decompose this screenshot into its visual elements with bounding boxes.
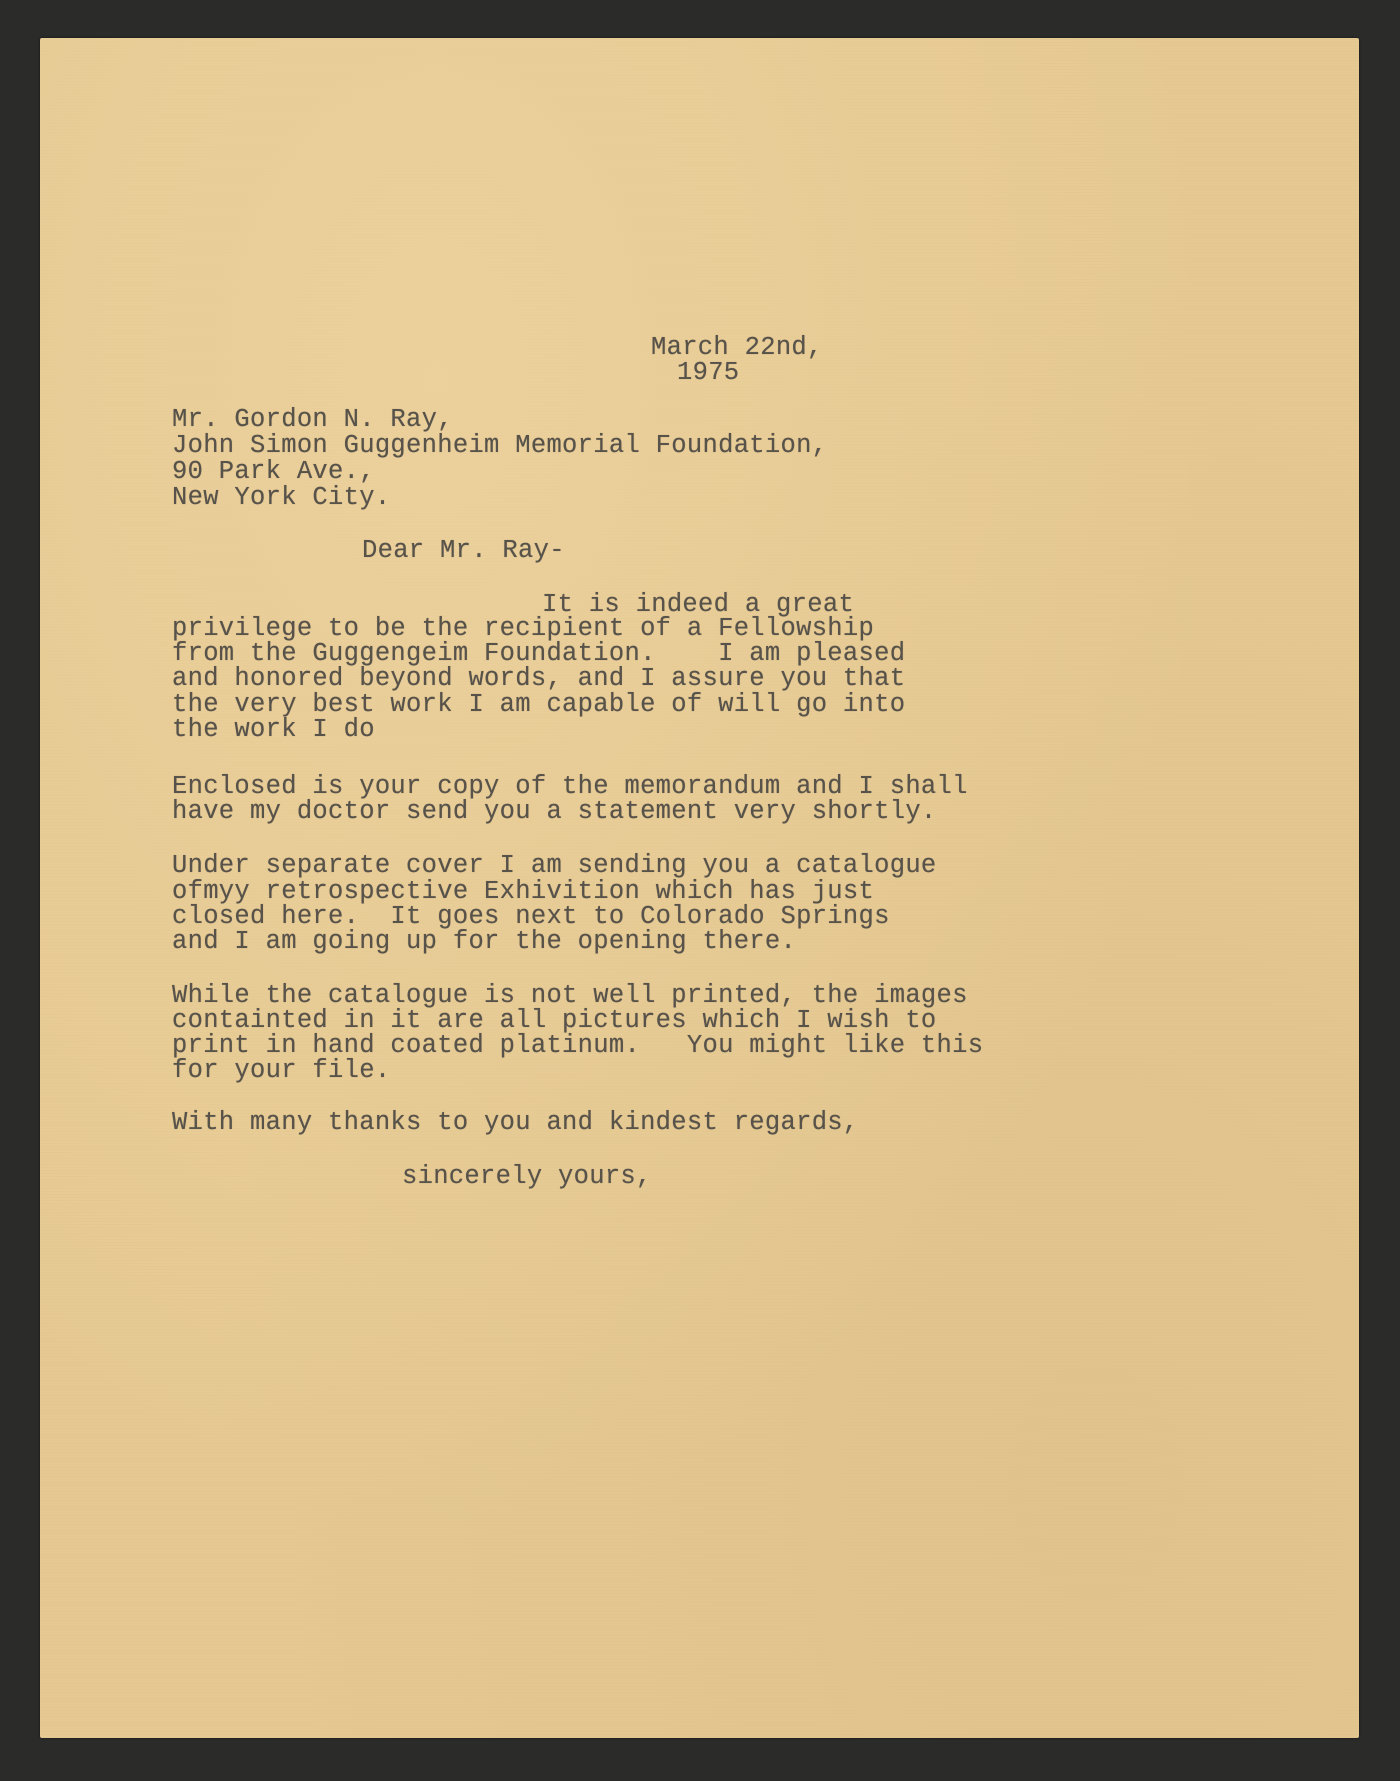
address-line-name: Mr. Gordon N. Ray, [172,407,453,433]
paragraph-3-line-1: Under separate cover I am sending you a … [172,853,937,879]
address-line-organization: John Simon Guggenheim Memorial Foundatio… [172,433,827,459]
date-line-2: 1975 [677,360,739,386]
address-line-city: New York City. [172,485,390,511]
closing: sincerely yours, [402,1164,652,1190]
paragraph-2-line-2: have my doctor send you a statement very… [172,799,937,825]
paragraph-3-line-4: and I am going up for the opening there. [172,929,796,955]
paragraph-1-line-4: and honored beyond words, and I assure y… [172,666,905,692]
address-line-street: 90 Park Ave., [172,459,375,485]
salutation: Dear Mr. Ray- [362,538,565,564]
paragraph-4-line-4: for your file. [172,1058,390,1084]
paragraph-5-line-1: With many thanks to you and kindest rega… [172,1110,859,1136]
paragraph-1-line-6: the work I do [172,717,375,743]
letter-page: March 22nd, 1975 Mr. Gordon N. Ray, John… [40,38,1359,1738]
